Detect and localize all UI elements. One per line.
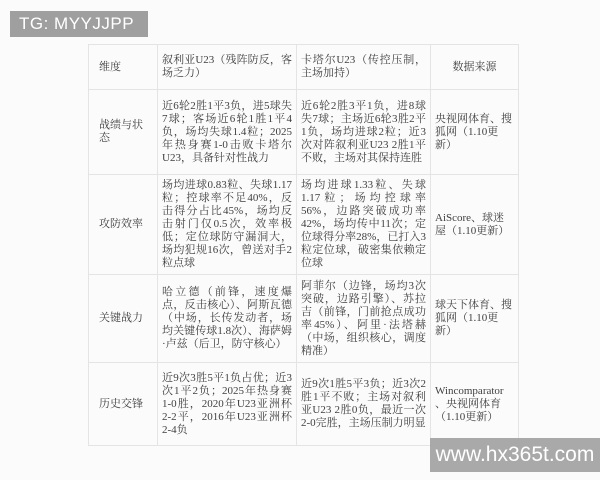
source-cell: Wincomparator、央视网体育（1.10更新） — [431, 363, 519, 446]
syria-cell: 近6轮2胜1平3负，进5球失7球；客场近6轮1胜1平4负，场均失球1.4粒；20… — [158, 90, 297, 175]
dimension-label: 战绩与状态 — [89, 90, 158, 175]
col-header-qatar: 卡塔尔U23（传控压制，主场加持） — [297, 45, 431, 90]
syria-cell: 场均进球0.83粒、失球1.17粒；控球率不足40%，反击得分占比45%，场均反… — [158, 175, 297, 275]
col-header-syria: 叙利亚U23（残阵防反，客场乏力） — [158, 45, 297, 90]
syria-cell: 近9次3胜5平1负占优；近3次1平2负；2025年热身赛1-0胜，2020年U2… — [158, 363, 297, 446]
tg-badge: TG: MYYJJPP — [10, 11, 148, 37]
watermark: www.hx365t.com — [430, 438, 600, 472]
tg-badge-label: TG: MYYJJPP — [19, 14, 134, 33]
table-row-attack-defense: 攻防效率 场均进球0.83粒、失球1.17粒；控球率不足40%，反击得分占比45… — [89, 175, 519, 275]
qatar-cell: 近6轮2胜3平1负，进8球失7球；主场近6轮3胜2平1负，场均进球2粒；近3次对… — [297, 90, 431, 175]
col-header-dimension: 维度 — [89, 45, 158, 90]
syria-cell: 哈立德（前锋，速度爆点，反击核心）、阿斯瓦德（中场，长传发动者，场均关键传球1.… — [158, 275, 297, 363]
page: TG: MYYJJPP 维度 叙利亚U23（残阵防反，客场乏力） 卡塔尔U23（… — [0, 0, 600, 480]
dimension-label: 攻防效率 — [89, 175, 158, 275]
qatar-cell: 阿菲尔（边锋，场均3次突破，边路引擎）、苏拉吉（前锋，门前抢点成功率45%）、阿… — [297, 275, 431, 363]
watermark-label: www.hx365t.com — [436, 443, 595, 467]
source-cell: 央视网体育、搜狐网（1.10更新） — [431, 90, 519, 175]
qatar-cell: 场均进球1.33粒、失球1.17粒；场均控球率56%，边路突破成功率42%，场均… — [297, 175, 431, 275]
comparison-table: 维度 叙利亚U23（残阵防反，客场乏力） 卡塔尔U23（传控压制，主场加持） 数… — [88, 44, 519, 446]
dimension-label: 历史交锋 — [89, 363, 158, 446]
table-row-key-players: 关键战力 哈立德（前锋，速度爆点，反击核心）、阿斯瓦德（中场，长传发动者，场均关… — [89, 275, 519, 363]
table-header-row: 维度 叙利亚U23（残阵防反，客场乏力） 卡塔尔U23（传控压制，主场加持） 数… — [89, 45, 519, 90]
source-cell: 球天下体育、搜狐网（1.10更新） — [431, 275, 519, 363]
dimension-label: 关键战力 — [89, 275, 158, 363]
source-cell: AiScore、球迷屋（1.10更新） — [431, 175, 519, 275]
qatar-cell: 近9次1胜5平3负；近3次2胜1平不败；主场对叙利亚U23 2胜0负，最近一次2… — [297, 363, 431, 446]
table-row-record-status: 战绩与状态 近6轮2胜1平3负，进5球失7球；客场近6轮1胜1平4负，场均失球1… — [89, 90, 519, 175]
col-header-source: 数据来源 — [431, 45, 519, 90]
table-row-head-to-head: 历史交锋 近9次3胜5平1负占优；近3次1平2负；2025年热身赛1-0胜，20… — [89, 363, 519, 446]
